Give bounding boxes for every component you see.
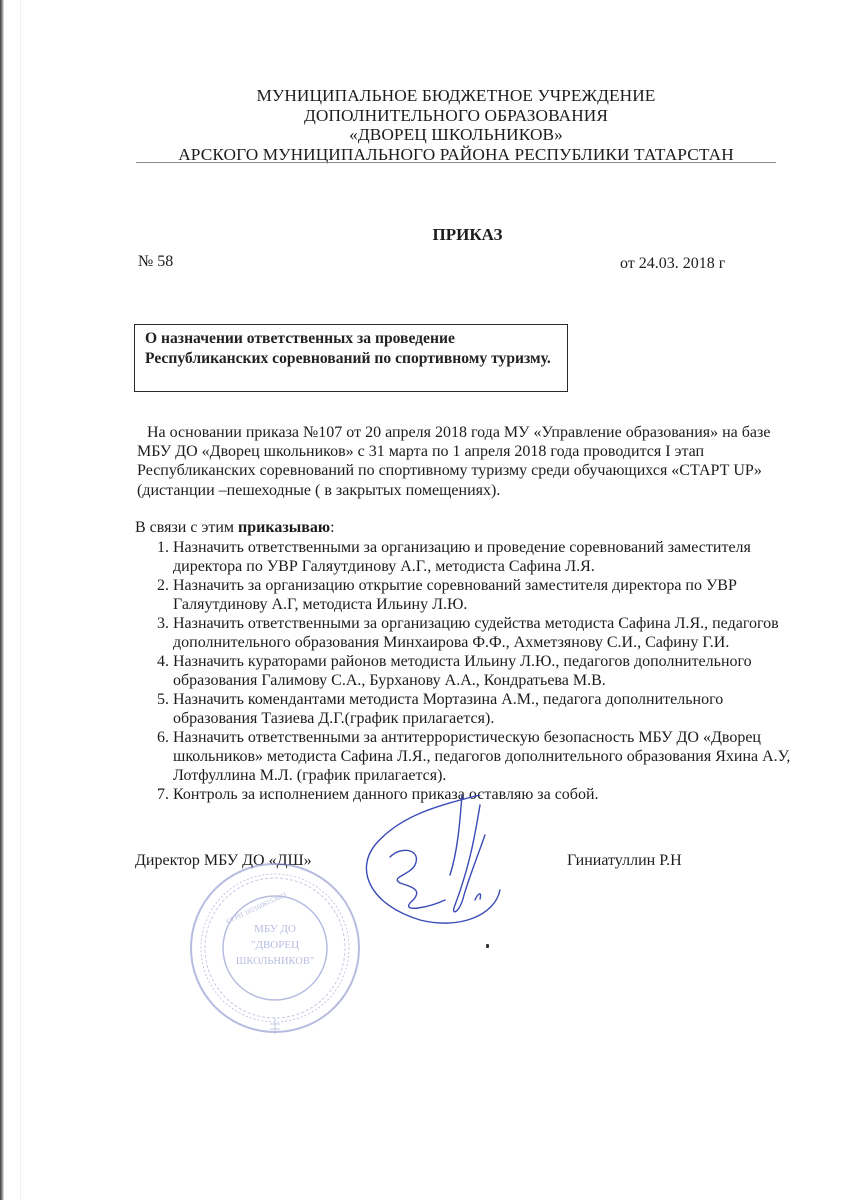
stamp-ogrn: ОГРН 1021606153603 — [225, 890, 288, 925]
item-text: Назначить ответственными за организацию … — [173, 615, 779, 651]
item-number: 6. — [157, 728, 169, 747]
decree-lead: В связи с этим приказываю: — [135, 519, 335, 537]
item-number: 2. — [157, 576, 169, 595]
handwritten-signature-icon — [330, 795, 550, 935]
decree-item: 1.Назначить ответственными за организаци… — [135, 538, 795, 576]
order-number: № 58 — [138, 253, 173, 271]
item-text: Назначить кураторами районов методиста И… — [173, 653, 752, 689]
decree-item: 5.Назначить комендантами методиста Морта… — [135, 690, 795, 728]
item-text: Назначить ответственными за антитеррорис… — [173, 729, 790, 784]
decree-lead-bold: приказываю — [238, 519, 330, 536]
item-number: 1. — [157, 538, 169, 557]
header-line-1: МУНИЦИПАЛЬНОЕ БЮДЖЕТНОЕ УЧРЕЖДЕНИЕ — [130, 86, 782, 106]
item-text: Назначить за организацию открытие соревн… — [173, 577, 737, 613]
decree-item: 4.Назначить кураторами районов методиста… — [135, 652, 795, 690]
ink-speck — [486, 944, 489, 948]
header-divider — [136, 162, 776, 163]
stamp-line-2: "ДВОРЕЦ — [251, 939, 299, 951]
order-date: от 24.03. 2018 г — [620, 255, 725, 273]
header-line-3: «ДВОРЕЦ ШКОЛЬНИКОВ» — [130, 125, 782, 145]
item-text: Назначить ответственными за организацию … — [173, 539, 751, 575]
item-number: 4. — [157, 652, 169, 671]
stamp-line-1: МБУ ДО — [254, 923, 296, 935]
item-number: 7. — [157, 785, 169, 804]
decree-item: 2.Назначить за организацию открытие соре… — [135, 576, 795, 614]
stamp-line-3: ШКОЛЬНИКОВ" — [236, 956, 314, 967]
signatory-name: Гиниатуллин Р.Н — [567, 852, 682, 870]
intro-paragraph: На основании приказа №107 от 20 апреля 2… — [137, 423, 787, 500]
item-text: Назначить комендантами методиста Мортази… — [173, 691, 723, 727]
scan-edge — [0, 0, 4, 1200]
decree-item: 3.Назначить ответственными за организаци… — [135, 614, 795, 652]
subject-box: О назначении ответственных за проведение… — [134, 324, 568, 392]
organization-header: МУНИЦИПАЛЬНОЕ БЮДЖЕТНОЕ УЧРЕЖДЕНИЕ ДОПОЛ… — [130, 86, 782, 164]
decree-items: 1.Назначить ответственными за организаци… — [135, 538, 795, 804]
decree-lead-suffix: : — [330, 519, 334, 536]
header-line-2: ДОПОЛНИТЕЛЬНОГО ОБРАЗОВАНИЯ — [130, 106, 782, 126]
scan-edge-line — [20, 0, 21, 1200]
item-number: 3. — [157, 614, 169, 633]
item-number: 5. — [157, 690, 169, 709]
decree-lead-prefix: В связи с этим — [135, 519, 238, 536]
document-title: ПРИКАЗ — [0, 225, 865, 245]
decree-item: 6.Назначить ответственными за антитеррор… — [135, 728, 795, 785]
